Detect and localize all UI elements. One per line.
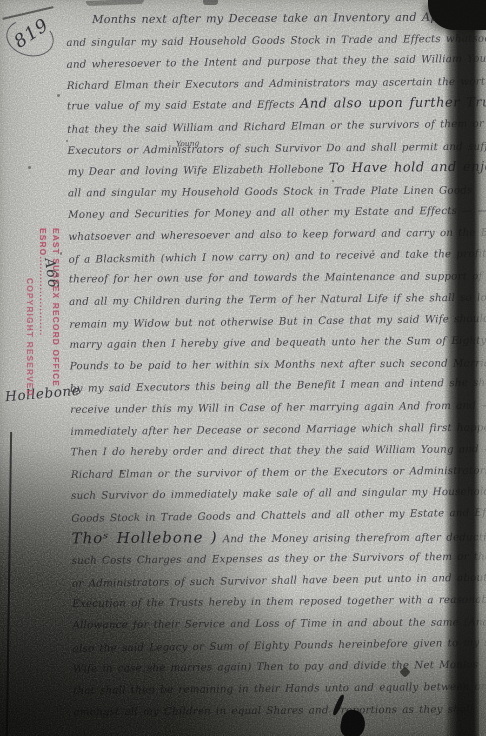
- manuscript-line-text: remain my Widow but not otherwise But in…: [69, 312, 486, 330]
- manuscript-line-text: also the said Legacy or Sum of Eighty Po…: [73, 636, 486, 654]
- manuscript-line-emphasis: Thoˢ Hollebone ): [71, 528, 217, 547]
- manuscript-line: Months next after my Decease take an Inv…: [66, 6, 468, 31]
- speck-mark: [66, 140, 68, 142]
- speck-mark: [28, 166, 31, 169]
- manuscript-line-text: Months next after my Decease take an Inv…: [92, 10, 486, 26]
- manuscript-line-text: true value of my said Estate and Effects: [67, 99, 300, 113]
- speck-mark: [60, 252, 62, 255]
- manuscript-line-text: immediately after her Decease or second …: [70, 421, 486, 438]
- manuscript-line-text: marry again then I hereby give and beque…: [69, 335, 486, 352]
- manuscript-line-text: such Survivor do immediately make sale o…: [71, 486, 486, 502]
- folio-number-group: 819: [5, 14, 59, 64]
- manuscript-line-text: or Administrators of such Survivor shall…: [72, 571, 486, 589]
- top-edge-streak: [86, 0, 144, 6]
- stamp-copyright-line: COPYRIGHT RESERVED: [23, 278, 36, 410]
- manuscript-line: amongst all my Children in equal Shares …: [73, 698, 475, 723]
- manuscript-line-text: and wheresoever to the Intent and purpos…: [66, 52, 486, 71]
- speck-mark: [372, 250, 374, 252]
- manuscript-line-text: Allowance for their Service and Loss of …: [72, 616, 486, 631]
- speck-mark: [120, 470, 123, 473]
- left-scratch-line: [6, 432, 12, 736]
- manuscript-line-text: Richard Elman their Executors and Admini…: [67, 75, 486, 92]
- manuscript-line-text: and singular my said Household Goods Sto…: [66, 32, 486, 49]
- manuscript-line-text: receive under this my Will in Case of he…: [70, 400, 486, 416]
- manuscript-line-text: amongst all my Children in equal Shares …: [73, 703, 473, 718]
- scanned-will-page: Months next after my Decease take an Inv…: [0, 0, 486, 736]
- manuscript-line: Then I do hereby order and direct that t…: [71, 439, 473, 464]
- manuscript-line-text: Executors or Administrators of such Surv…: [67, 140, 486, 157]
- speck-mark: [57, 94, 60, 97]
- manuscript-line-text: Wife in case she marries again) Then to …: [73, 659, 479, 675]
- stamp-office-name: EAST SUSSEX RECORD OFFICE: [49, 228, 62, 410]
- manuscript-line-text: Goods Stock in Trade Goods and Chattels …: [71, 506, 486, 525]
- manuscript-line-text: of a Blacksmith (which I now carry on) a…: [69, 247, 486, 265]
- interline-note: Young: [176, 139, 200, 149]
- manuscript-line-text: Pounds to be paid to her within six Mont…: [70, 357, 486, 372]
- speck-mark: [150, 342, 152, 344]
- manuscript-line-text: such Costs Charges and Expenses as they …: [72, 550, 486, 567]
- manuscript-line: that shall then be remaining in their Ha…: [73, 676, 475, 702]
- manuscript-line-text: all and singular my Household Goods Stoc…: [68, 184, 473, 199]
- manuscript-line-text: Money and Securities for Money and all o…: [68, 205, 486, 221]
- manuscript-line-text: Execution of the Trusts hereby in them r…: [72, 594, 486, 610]
- manuscript-line-text: whatsoever and wheresoever and also to k…: [68, 226, 486, 243]
- manuscript-line: thereof for her own use for and towards …: [69, 266, 471, 291]
- manuscript-line: all and singular my Household Goods Stoc…: [68, 179, 470, 204]
- manuscript-line-text: thereof for her own use for and towards …: [69, 270, 486, 285]
- manuscript-line: Thoˢ Hollebone ) And the Money arising t…: [71, 525, 473, 550]
- manuscript-line-text: Richard Elman or the survivor of them or…: [71, 464, 486, 481]
- manuscript: Months next after my Decease take an Inv…: [66, 6, 475, 723]
- manuscript-line-text: that shall then be remaining in their Ha…: [73, 681, 486, 697]
- record-office-stamp: EAST SUSSEX RECORD OFFICE ESRO..........…: [23, 228, 62, 410]
- manuscript-line-text: Then I do hereby order and direct that t…: [71, 443, 486, 458]
- manuscript-line-text: my Dear and loving Wife Elizabeth Holleb…: [68, 164, 329, 179]
- speck-mark: [212, 60, 214, 62]
- manuscript-line-text: by my said Executors this being all the …: [70, 377, 486, 395]
- stamp-reference-line: ESRO.......................: [36, 228, 49, 410]
- top-edge-tick: [203, 0, 218, 5]
- film-edge-strip: [479, 215, 486, 736]
- manuscript-line-text: that they the said William and Richard E…: [67, 117, 486, 136]
- speck-mark: [332, 180, 334, 182]
- manuscript-line-text: and all my Children during the Term of h…: [69, 291, 486, 308]
